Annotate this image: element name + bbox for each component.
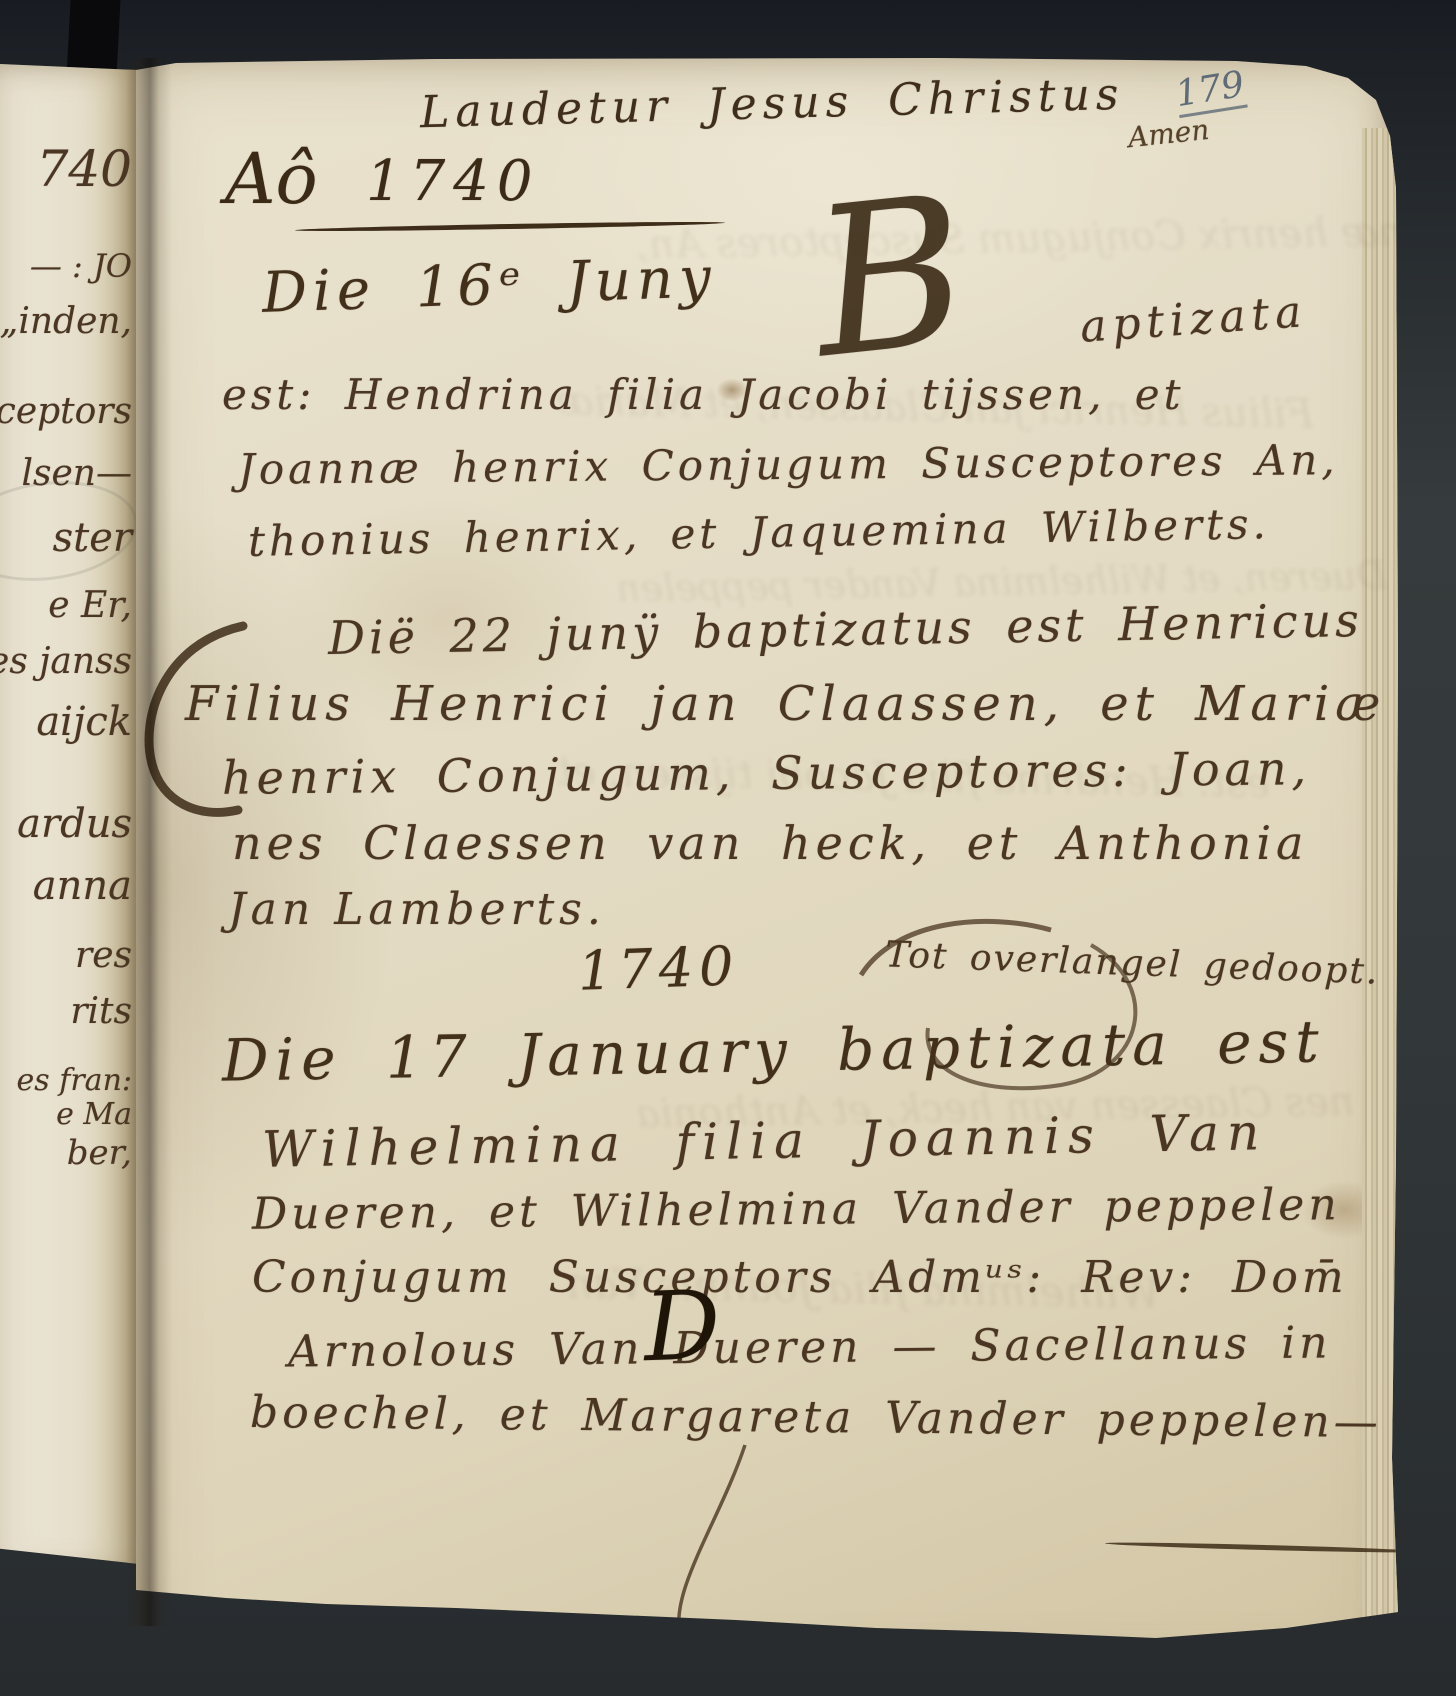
left-page-fragment: lsen— [22,456,132,492]
previous-page-edge: 740 — : JO „inden, ceptors lsen— ster e … [0,64,138,1576]
entry1-line1-continuation: aptizata [1079,290,1309,350]
left-page-fragment: res [75,938,132,974]
entry2-line3: henrix Conjugum, Susceptores: Joan, [222,745,1312,801]
bleed-through-text: Joannæ henrix Conjugum Susceptores An, [636,211,1456,266]
entry1-line4: thonius henrix, et Jaquemina Wilberts. [248,503,1270,563]
entry3-date-line: Die 17 January baptizata est [222,1012,1327,1089]
anno-flourish: Aô [225,144,318,214]
heading-year-1740: 1740 [577,939,740,999]
left-page-fragment: anna [33,866,132,906]
page-number-pencil: 179 [1173,67,1247,118]
entry1-date-line: Die 16ᵉ Juny [261,250,717,322]
left-page-fragment: aijck [36,702,132,742]
left-page-fragment: ardus [17,804,132,844]
manuscript-page: Joannæ henrix Conjugum Susceptores An, F… [136,58,1398,1690]
entry2-line2: Filius Henrici jan Claassen, et Mariæ [185,680,1386,728]
entry2-line5: Jan Lamberts. [228,888,606,932]
page-header-laudetur: Laudetur Jesus Christus [420,73,1125,135]
left-page-fragment: ber, [67,1136,132,1170]
entry3-line5: Arnolous Van Dueren — Sacellanus in [288,1321,1332,1374]
left-page-fragment: — : JO [30,250,132,282]
entry3-line2: Wilhelmina filia Joannis Van [262,1107,1268,1175]
entry3-line6: boechel, et Margareta Vander peppelen— [250,1391,1382,1445]
descender-loop-flourish [650,1440,780,1670]
left-page-fragment: „inden, [0,304,132,340]
calligraphic-drop-cap-B: B [805,169,976,389]
entry1-line3: Joannæ henrix Conjugum Susceptores An, [238,439,1339,491]
entry3-line3: Dueren, et Wilhelmina Vander peppelen [252,1183,1341,1236]
anno-year: 1740 [366,154,541,210]
page-stack-edge [1362,128,1398,1618]
left-page-fragment: e Ma [56,1100,132,1130]
ink-blot-capital-D: D [642,1279,721,1377]
left-page-fragment: rits [70,994,132,1030]
left-page-fragment: es janss [0,644,132,680]
entry2-date-line: Dië 22 junÿ baptizatus est Henricus [328,597,1363,661]
entry2-line4: nes Claessen van heck, et Anthonia [232,820,1308,866]
entry3-line4: Conjugum Susceptors Admᵘˢ: Rev: Dom̄ [252,1256,1348,1300]
entry1-line2: est: Hendrina filia Jacobi tijssen, et [222,374,1185,416]
left-page-fragment: ster [53,518,132,558]
left-page-fragment: ceptors [0,394,132,430]
left-page-fragment: es fran: [17,1066,132,1096]
left-page-fragment: e Er, [48,588,132,624]
left-page-fragment: 740 [37,144,132,194]
header-amen: Amen [1127,116,1211,152]
book-scan: 740 — : JO „inden, ceptors lsen— ster e … [0,0,1456,1696]
